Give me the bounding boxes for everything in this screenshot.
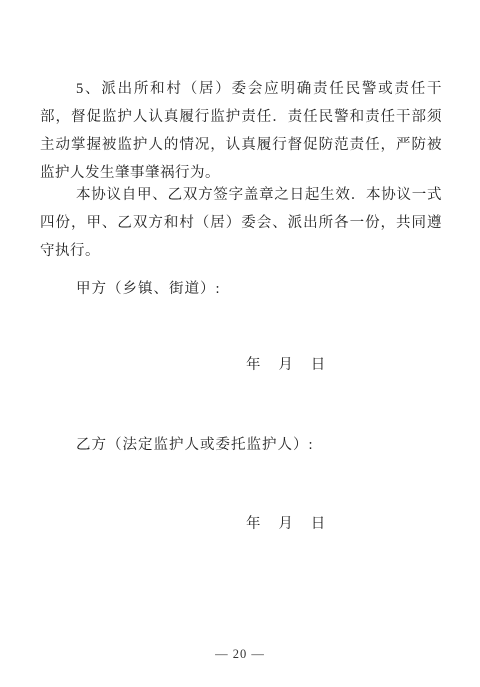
paragraph-effectiveness-clause: 本协议自甲、乙双方签字盖章之日起生效．本协议一式四份，甲、乙双方和村（居）委会、… xyxy=(40,181,442,265)
party-b-signature-label: 乙方（法定监护人或委托监护人）: xyxy=(76,432,314,458)
party-a-date-line: 年 月 日 xyxy=(246,352,327,378)
party-b-date-line: 年 月 日 xyxy=(246,511,327,537)
paragraph-clause-5: 5、派出所和村（居）委会应明确责任民警或责任干部，督促监护人认真履行监护责任．责… xyxy=(40,75,442,187)
document-page: 5、派出所和村（居）委会应明确责任民警或责任干部，督促监护人认真履行监护责任．责… xyxy=(0,0,480,687)
party-a-signature-label: 甲方（乡镇、街道）: xyxy=(76,276,221,302)
page-number: — 20 — xyxy=(0,647,480,662)
